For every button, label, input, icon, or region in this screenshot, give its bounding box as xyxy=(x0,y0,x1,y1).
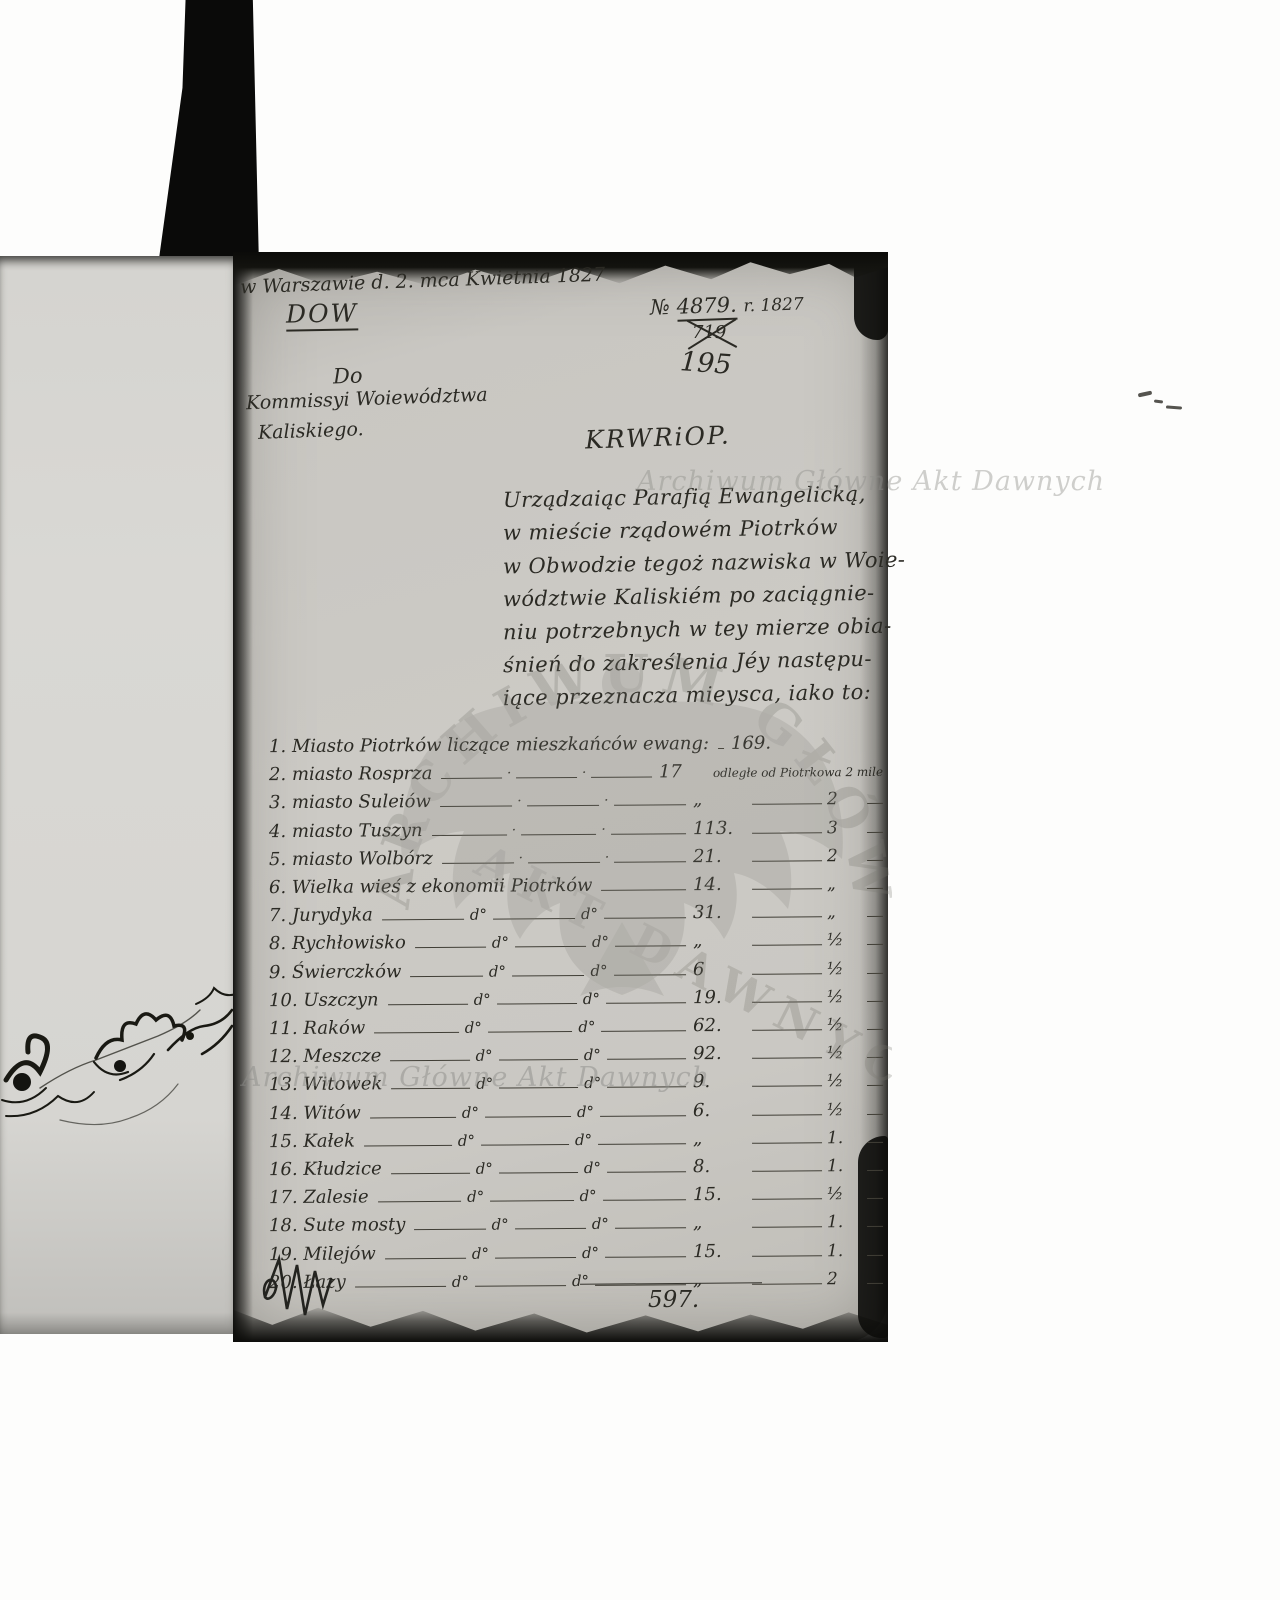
addressee-line-2: Kommissyi Woiewództwa xyxy=(246,384,488,414)
plant-root-marks xyxy=(0,930,238,1150)
ditto-mark: d° xyxy=(574,1131,593,1150)
reference-number: 4879. xyxy=(676,293,737,322)
dash-line xyxy=(364,1145,452,1147)
ditto-mark: d° xyxy=(461,1103,480,1122)
dash-line xyxy=(752,1283,822,1284)
dash-line xyxy=(481,1144,569,1146)
dash-line xyxy=(370,1116,456,1118)
dash-line xyxy=(752,1198,822,1199)
distance-value: 2 xyxy=(827,1269,865,1289)
table-row: 14. Witówd°d°6.½ xyxy=(269,1094,883,1123)
crossed-number: 719 xyxy=(692,322,726,343)
dash-line xyxy=(605,1256,686,1258)
dash-line xyxy=(752,1170,822,1171)
dash-line xyxy=(752,1142,822,1143)
dash-line xyxy=(378,1201,461,1203)
inhabitants-value: 8. xyxy=(691,1156,747,1177)
torn-edge-left xyxy=(233,252,253,1342)
ditto-mark: d° xyxy=(491,1216,510,1235)
dash-line xyxy=(355,1286,446,1288)
facing-page xyxy=(0,256,238,1334)
dash-line xyxy=(867,1113,883,1114)
ditto-mark: d° xyxy=(578,1187,597,1206)
dash-line xyxy=(414,1229,485,1230)
dash-line xyxy=(867,1170,883,1171)
place-name: 17. Zalesie xyxy=(269,1187,373,1209)
table-row: 17. Zalesied°d°15.½ xyxy=(269,1179,883,1208)
place-name: 14. Witów xyxy=(269,1102,365,1124)
dust-speck xyxy=(1166,405,1182,409)
inhabitants-value: „ xyxy=(691,1269,747,1290)
inhabitants-value: „ xyxy=(691,1128,747,1149)
dash-line xyxy=(515,1228,586,1229)
ditto-mark: d° xyxy=(471,1244,490,1263)
dash-line xyxy=(615,1228,686,1229)
distance-value: 1. xyxy=(827,1156,865,1176)
dash-line xyxy=(867,1254,883,1255)
distance-value: 1. xyxy=(827,1128,865,1148)
distance-value: ½ xyxy=(827,1100,865,1120)
dash-line xyxy=(867,1142,883,1143)
dash-line xyxy=(391,1173,470,1175)
distance-value: 1. xyxy=(827,1212,865,1232)
place-name: 18. Sute mosty xyxy=(269,1215,410,1237)
place-name: 11. Raków xyxy=(269,1017,369,1039)
dash-line xyxy=(485,1116,571,1118)
body-line: wództwie Kaliskiém po zaciągnie- xyxy=(503,581,875,611)
ditto-mark: d° xyxy=(571,1272,590,1291)
ditto-mark: d° xyxy=(576,1102,595,1121)
scanned-archive-image: { "document": { "place_date_line": "w Wa… xyxy=(0,0,1280,1600)
addressee-line-3: Kaliskiego. xyxy=(258,418,364,444)
watermark-text-top: Archiwum Główne Akt Dawnych xyxy=(637,466,1105,497)
inhabitants-value: „ xyxy=(691,1212,747,1233)
table-row: 20. Łazyd°d°„2 xyxy=(269,1264,883,1293)
total-value: 597. xyxy=(648,1287,699,1313)
inhabitants-value: 15. xyxy=(691,1240,747,1261)
dash-line xyxy=(867,1226,883,1227)
dust-speck xyxy=(1138,391,1153,398)
dash-line xyxy=(598,1143,686,1145)
dash-line xyxy=(867,1085,883,1086)
dust-speck xyxy=(1154,399,1163,403)
distance-value: ½ xyxy=(827,1184,865,1204)
dash-line xyxy=(752,1255,822,1256)
table-row: 19. Milejówd°d°15.1. xyxy=(269,1235,883,1264)
film-strip-gap xyxy=(158,0,260,266)
ditto-mark: d° xyxy=(591,1215,610,1234)
dash-line xyxy=(385,1257,466,1259)
dash-line xyxy=(752,1086,822,1087)
dash-line xyxy=(867,1198,883,1199)
distance-value: 1. xyxy=(827,1241,865,1261)
body-line: w Obwodzie tegoż nazwiska w Woie- xyxy=(503,547,906,578)
dash-line xyxy=(603,1199,686,1201)
inhabitants-value: 6. xyxy=(691,1099,747,1120)
place-name: 7. Jurydyka xyxy=(269,905,377,927)
dash-line xyxy=(867,1283,883,1284)
department-abbreviation: KRWRiOP. xyxy=(585,420,732,454)
dash-line xyxy=(475,1285,566,1287)
archival-page-number: 195 xyxy=(679,346,733,381)
signature-flourish xyxy=(259,1247,351,1323)
addressee-line-1: Do xyxy=(333,363,363,388)
ditto-mark: d° xyxy=(475,1160,494,1179)
archive-seal-watermark: ARCHIWUM GŁÓWNE AKT DAWNYCH xyxy=(372,622,892,1082)
ditto-mark: d° xyxy=(451,1273,470,1292)
place-name: 10. Uszczyn xyxy=(269,989,383,1011)
ditto-mark: d° xyxy=(581,1243,600,1262)
table-row: 18. Sute mostyd°d°„1. xyxy=(269,1207,883,1236)
place-name: 16. Kłudzice xyxy=(269,1158,386,1180)
docket-mark: DOW xyxy=(286,298,359,331)
dash-line xyxy=(752,1227,822,1228)
table-row: 15. Kałekd°d°„1. xyxy=(269,1123,883,1152)
ditto-mark: d° xyxy=(457,1131,476,1150)
dash-line xyxy=(600,1115,686,1117)
dash-line xyxy=(607,1171,686,1173)
ditto-mark: d° xyxy=(466,1188,485,1207)
dash-line xyxy=(752,1114,822,1115)
body-line: w mieście rządowém Piotrków xyxy=(503,515,838,545)
inhabitants-value: 15. xyxy=(691,1184,747,1205)
reference-year: r. 1827 xyxy=(743,294,804,316)
table-row: 16. Kłudziced°d°8.1. xyxy=(269,1151,883,1180)
reference-number-label: № xyxy=(650,295,671,320)
place-name: 15. Kałek xyxy=(269,1130,359,1152)
reference-block: № 4879. r. 1827 xyxy=(650,290,804,319)
dash-line xyxy=(499,1172,578,1174)
dash-line xyxy=(495,1257,576,1259)
ditto-mark: d° xyxy=(583,1159,602,1178)
dash-line xyxy=(490,1200,573,1202)
